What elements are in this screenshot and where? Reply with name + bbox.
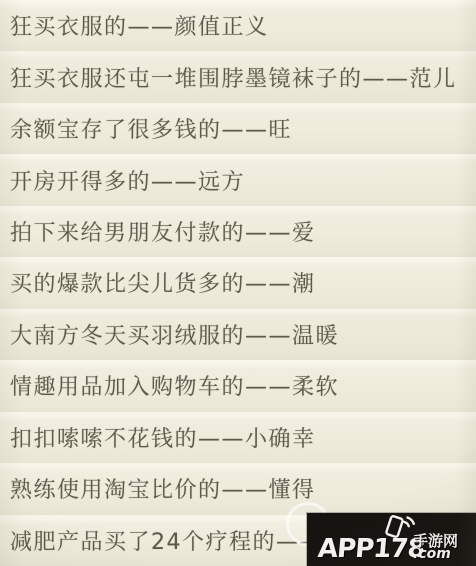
joke-list: 狂买衣服的——颜值正义 狂买衣服还屯一堆围脖墨镜袜子的——范儿 余额宝存了很多钱… — [0, 0, 476, 566]
list-item: 狂买衣服的——颜值正义 — [0, 0, 476, 51]
watermark: APP178 手游网 .com — [307, 513, 476, 566]
list-item: 熟练使用淘宝比价的——懂得 — [0, 463, 476, 514]
list-item: 扣扣嗦嗦不花钱的——小确幸 — [0, 412, 476, 463]
list-item: 狂买衣服还屯一堆围脖墨镜袜子的——范儿 — [0, 51, 476, 102]
list-item: 情趣用品加入购物车的——柔软 — [0, 360, 476, 411]
list-item: 拍下来给男朋友付款的——爱 — [0, 206, 476, 257]
watermark-brand-text: APP178 — [317, 534, 426, 564]
list-item: 开房开得多的——远方 — [0, 154, 476, 205]
list-item: 买的爆款比尖儿货多的——潮 — [0, 257, 476, 308]
list-item: 余额宝存了很多钱的——旺 — [0, 103, 476, 154]
watermark-tld-text: .com — [413, 546, 451, 562]
meme-image: 狂买衣服的——颜值正义 狂买衣服还屯一堆围脖墨镜袜子的——范儿 余额宝存了很多钱… — [0, 0, 476, 566]
list-item: 大南方冬天买羽绒服的——温暖 — [0, 309, 476, 360]
